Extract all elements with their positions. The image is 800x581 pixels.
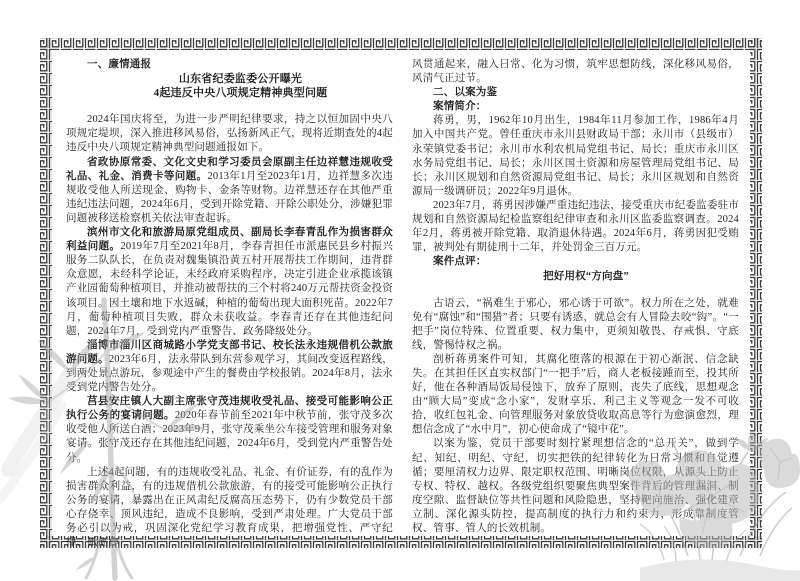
left-column: 一、廉情通报 山东省纪委监委公开曝光 4起违反中央八项规定精神典型问题 2024… — [66, 58, 393, 550]
border-left — [40, 38, 52, 548]
case-1-paragraph: 省政协原常委、文化文史和学习委员会原副主任边祥慧违规收受礼品、礼金、消费卡等问题… — [66, 156, 393, 226]
closing-paragraph: 上述4起问题，有的违规收受礼品、礼金、有价证券，有的乱作为损害群众利益，有的违规… — [66, 466, 393, 551]
border-top — [40, 38, 762, 50]
notice-title-line-2: 4起违反中央八项规定精神典型问题 — [66, 86, 393, 100]
case-brief-heading: 案情简介： — [412, 100, 739, 114]
border-right — [750, 38, 762, 548]
case-3-text: 2023年6月，法永带队到东营参观学习，其间改变返程路线，到两处景点游玩，参观途… — [66, 354, 393, 393]
comment-paragraph-3: 以案为鉴，党员干部要时刻拧紧理想信念的“总开关”，做到学纪、知纪、明纪、守纪，切… — [412, 437, 739, 536]
notice-title-line-1: 山东省纪委监委公开曝光 — [66, 72, 393, 86]
case-3-paragraph: 淄博市淄川区商城路小学党支部书记、校长法永违规借机公款旅游问题。2023年6月，… — [66, 339, 393, 395]
case-brief-paragraph-1: 蒋勇，男，1962年10月出生，1984年11月参加工作，1986年4月加入中国… — [412, 114, 739, 199]
closing-paragraph-continued: 风贯通起来，融入日常、化为习惯，筑牢思想防线，深化移风易俗，风清气正过节。 — [412, 58, 739, 86]
case-4-paragraph: 莒县安庄镇人大副主席张守茂违规收受礼品、接受可能影响公正执行公务的宴请问题。20… — [66, 395, 393, 465]
comment-paragraph-2: 剖析蒋勇案件可知，其腐化堕落的根源在于初心渐泯、信念缺失。在其担任区直实权部门“… — [412, 353, 739, 438]
case-brief-paragraph-2: 2023年7月，蒋勇因涉嫌严重违纪违法，接受重庆市纪委监委驻市规划和自然资源局纪… — [412, 199, 739, 255]
comment-paragraph-1: 古语云，“祸难生于邪心，邪心诱于可欲”。权力所在之处，就难免有“腐蚀”和“围猎”… — [412, 297, 739, 353]
right-column: 风贯通起来，融入日常、化为习惯，筑牢思想防线，深化移风易俗，风清气正过节。 二、… — [412, 58, 739, 536]
section-2-heading: 二、以案为鉴 — [412, 86, 739, 100]
case-comment-heading: 案件点评： — [412, 255, 739, 269]
case-2-paragraph: 滨州市文化和旅游局原党组成员、副局长李春青乱作为损害群众利益问题。2019年7月… — [66, 226, 393, 339]
intro-paragraph: 2024年国庆将至，为进一步严明纪律要求，持之以恒加固中央八项规定堤坝，深入推进… — [66, 113, 393, 155]
case-2-text: 2019年7月至2021年8月，李春青担任市派惠民县乡村振兴服务二队队长，在负责… — [66, 241, 393, 337]
section-1-heading: 一、廉情通报 — [66, 58, 393, 72]
case-comment-title: 把好用权“方向盘” — [412, 270, 739, 284]
